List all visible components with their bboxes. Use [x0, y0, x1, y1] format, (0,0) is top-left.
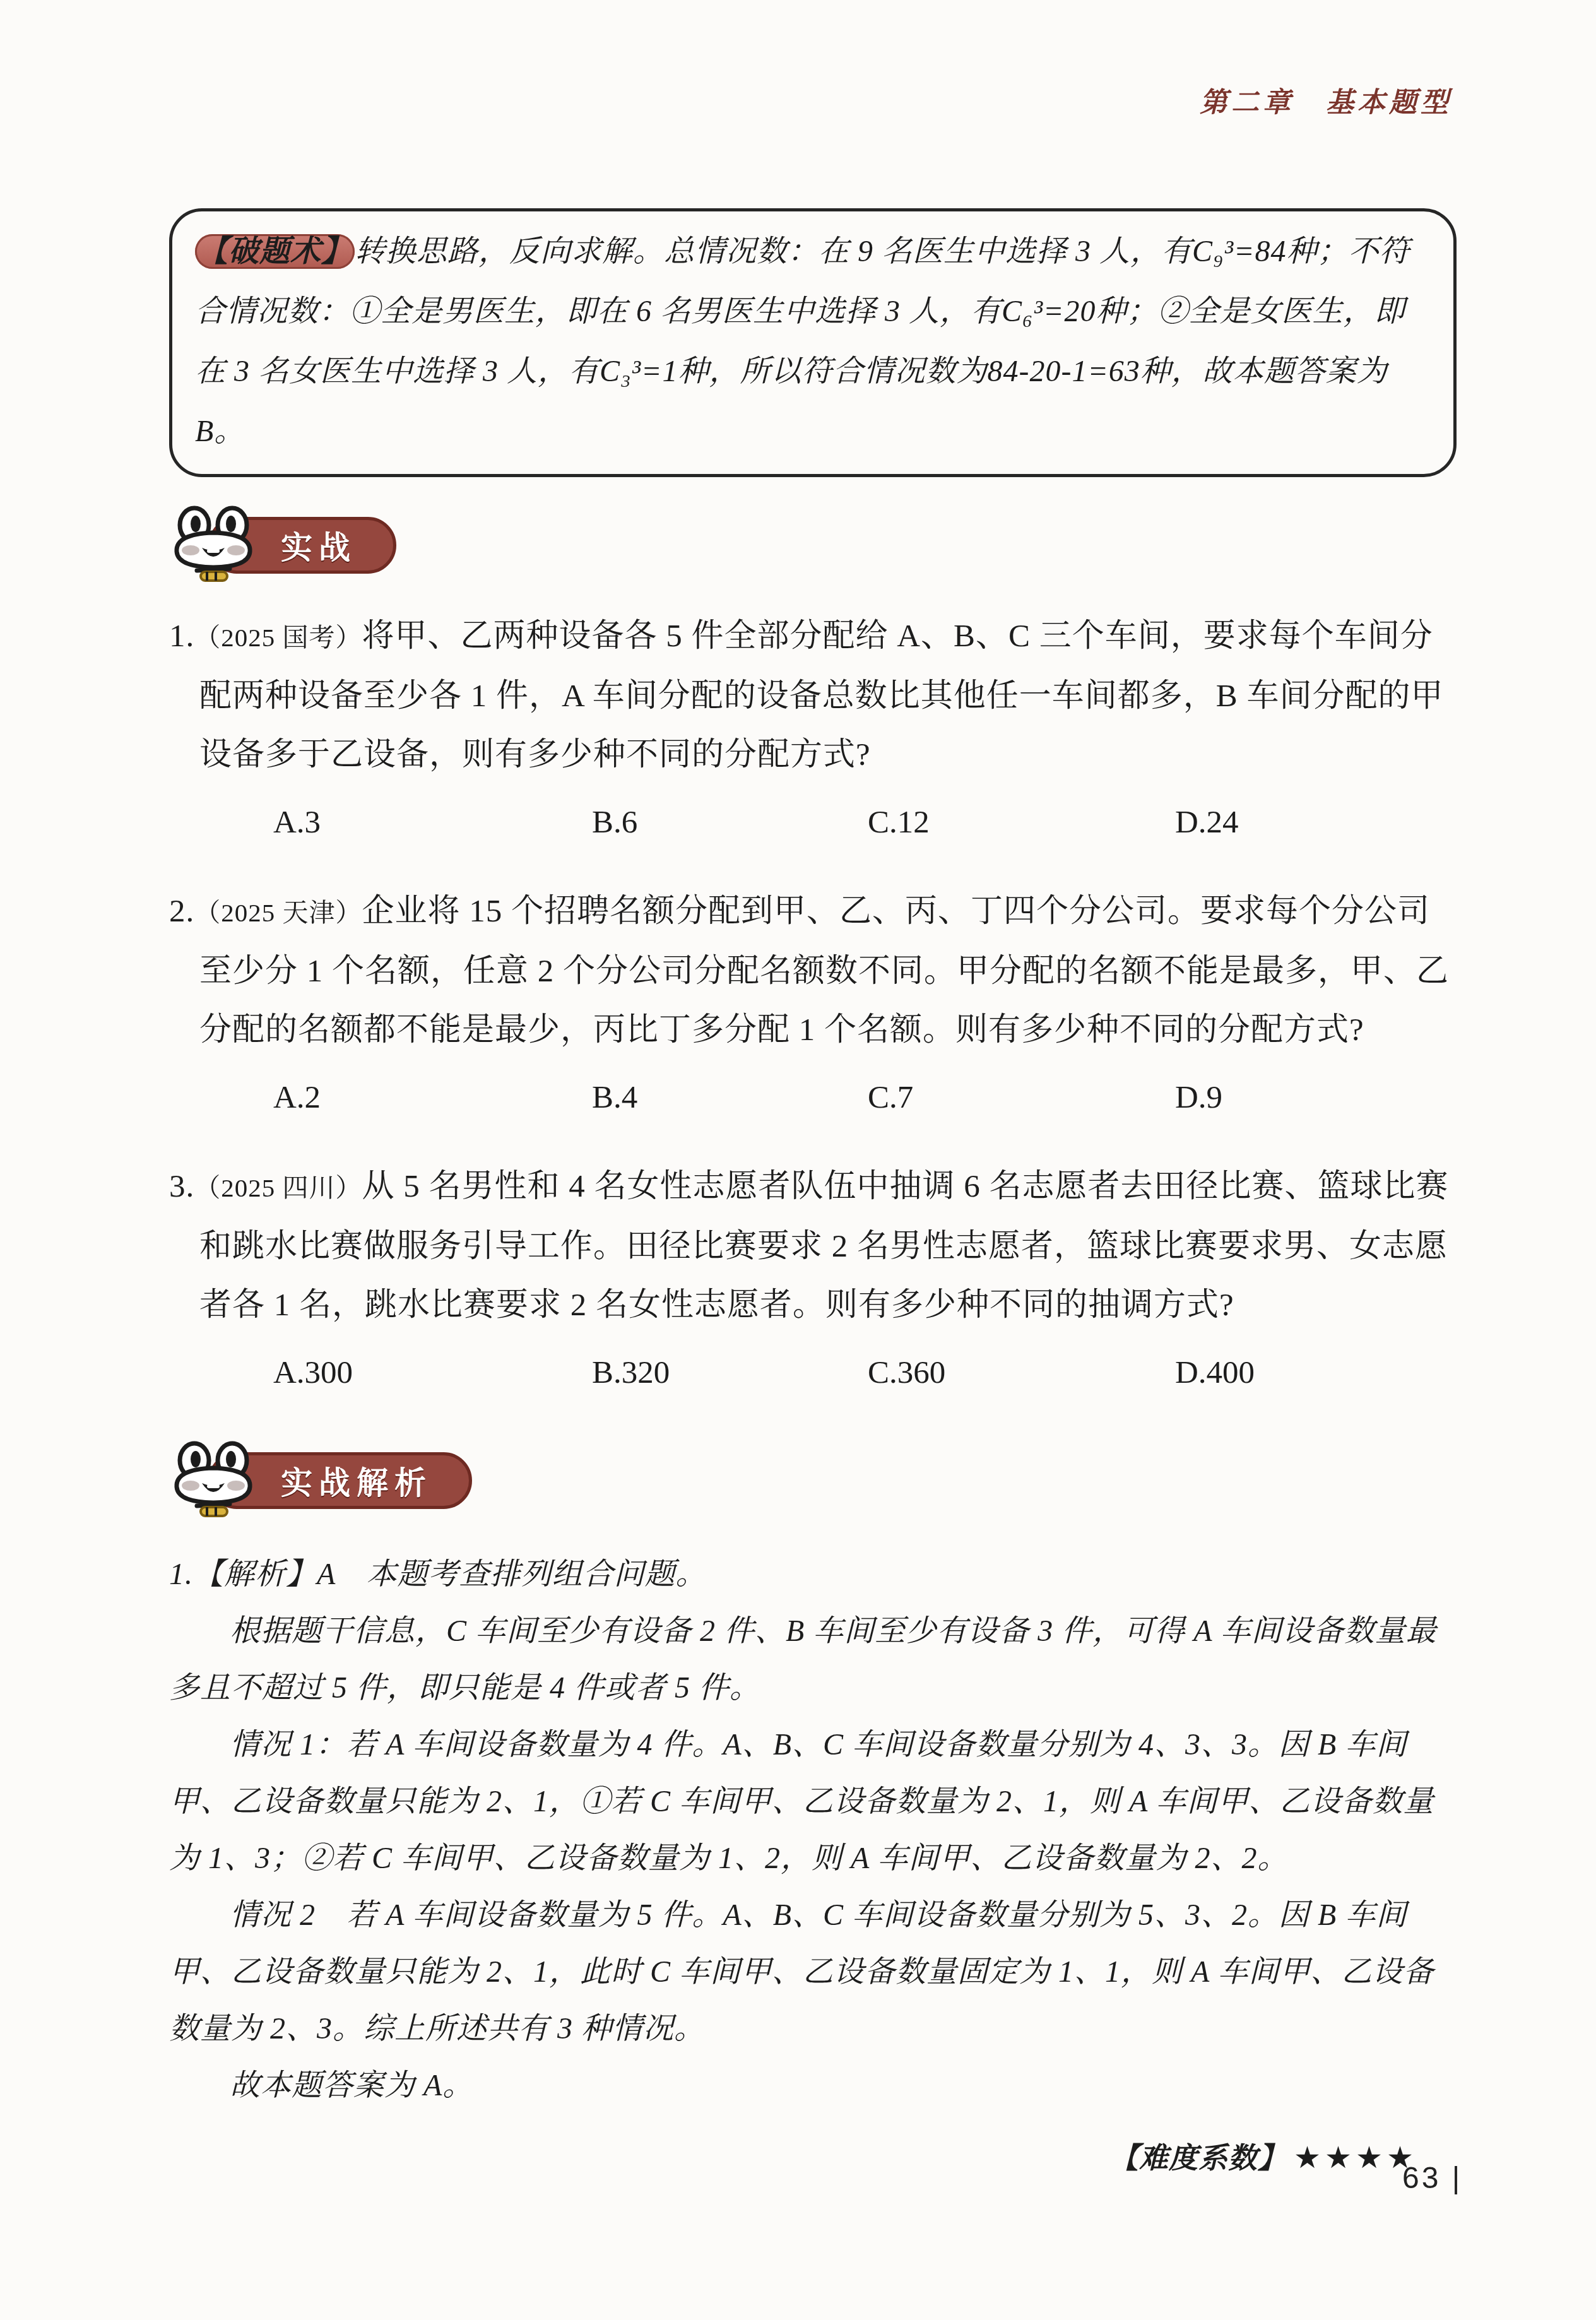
frog-mascot-icon: [169, 1440, 257, 1517]
analysis-paragraph: 情况 1：若 A 车间设备数量为 4 件。A、B、C 车间设备数量分别为 4、3…: [169, 1717, 1457, 1887]
tip-box: 【破题术】转换思路，反向求解。总情况数：在 9 名医生中选择 3 人，有C₉³=…: [169, 208, 1457, 477]
analysis-badge: 实战解析: [169, 1440, 1457, 1517]
textbook-page: 第二章 基本题型 【破题术】转换思路，反向求解。总情况数：在 9 名医生中选择 …: [0, 0, 1596, 2320]
question-number: 1.: [169, 618, 194, 654]
practice-badge: 实战: [169, 505, 1457, 582]
question-1-options: A.3 B.6 C.12 D.24: [169, 793, 1457, 852]
option-d: D.9: [1175, 1068, 1457, 1127]
question-stem: 从 5 名男性和 4 名女性志愿者队伍中抽调 6 名志愿者去田径比赛、篮球比赛和…: [199, 1169, 1449, 1323]
frog-mascot-icon: [169, 505, 257, 582]
option-d: D.400: [1175, 1344, 1457, 1402]
question-stem: 企业将 15 个招聘名额分配到甲、乙、丙、丁四个分公司。要求每个分公司至少分 1…: [199, 894, 1449, 1048]
option-c: C.7: [868, 1068, 1175, 1127]
question-1: 1.（2025 国考）将甲、乙两种设备各 5 件全部分配给 A、B、C 三个车间…: [169, 607, 1457, 852]
page-content: 【破题术】转换思路，反向求解。总情况数：在 9 名医生中选择 3 人，有C₉³=…: [169, 0, 1457, 2187]
tip-text: 转换思路，反向求解。总情况数：在 9 名医生中选择 3 人，有C₉³=84种；不…: [195, 235, 1410, 448]
analysis-answer: 故本题答案为 A。: [169, 2057, 1457, 2114]
difficulty-stars-icon: ★★★★: [1294, 2140, 1417, 2175]
analysis-paragraph: 根据题干信息，C 车间至少有设备 2 件、B 车间至少有设备 3 件，可得 A …: [169, 1603, 1457, 1717]
option-b: B.6: [592, 793, 868, 852]
question-1-text: 1.（2025 国考）将甲、乙两种设备各 5 件全部分配给 A、B、C 三个车间…: [169, 607, 1457, 784]
question-stem: 将甲、乙两种设备各 5 件全部分配给 A、B、C 三个车间，要求每个车间分配两种…: [199, 618, 1444, 772]
question-number: 2.: [169, 894, 194, 929]
question-2-text: 2.（2025 天津）企业将 15 个招聘名额分配到甲、乙、丙、丁四个分公司。要…: [169, 882, 1457, 1060]
option-d: D.24: [1175, 793, 1457, 852]
question-3-options: A.300 B.320 C.360 D.400: [169, 1344, 1457, 1402]
difficulty-label: 【难度系数】: [1109, 2142, 1287, 2174]
question-2-options: A.2 B.4 C.7 D.9: [169, 1068, 1457, 1127]
difficulty-rating: 【难度系数】★★★★: [169, 2129, 1457, 2187]
option-b: B.4: [592, 1068, 868, 1127]
question-list: 1.（2025 国考）将甲、乙两种设备各 5 件全部分配给 A、B、C 三个车间…: [169, 607, 1457, 1402]
option-b: B.320: [592, 1344, 868, 1402]
option-a: A.2: [273, 1068, 592, 1127]
question-source: （2025 国考）: [194, 623, 362, 652]
analysis-section: 1.【解析】A 本题考查排列组合问题。 根据题干信息，C 车间至少有设备 2 件…: [169, 1546, 1457, 2187]
option-c: C.12: [868, 793, 1175, 852]
question-source: （2025 天津）: [194, 898, 362, 927]
question-number: 3.: [169, 1169, 194, 1204]
analysis-paragraph: 情况 2 若 A 车间设备数量为 5 件。A、B、C 车间设备数量分别为 5、3…: [169, 1887, 1457, 2057]
option-a: A.3: [273, 793, 592, 852]
question-3: 3.（2025 四川）从 5 名男性和 4 名女性志愿者队伍中抽调 6 名志愿者…: [169, 1157, 1457, 1402]
option-c: C.360: [868, 1344, 1175, 1402]
question-2: 2.（2025 天津）企业将 15 个招聘名额分配到甲、乙、丙、丁四个分公司。要…: [169, 882, 1457, 1127]
analysis-intro: 1.【解析】A 本题考查排列组合问题。: [169, 1546, 1457, 1603]
question-3-text: 3.（2025 四川）从 5 名男性和 4 名女性志愿者队伍中抽调 6 名志愿者…: [169, 1157, 1457, 1335]
tip-label: 【破题术】: [195, 234, 355, 269]
option-a: A.300: [273, 1344, 592, 1402]
page-number: 63 |: [1402, 2161, 1462, 2196]
question-source: （2025 四川）: [194, 1173, 362, 1202]
